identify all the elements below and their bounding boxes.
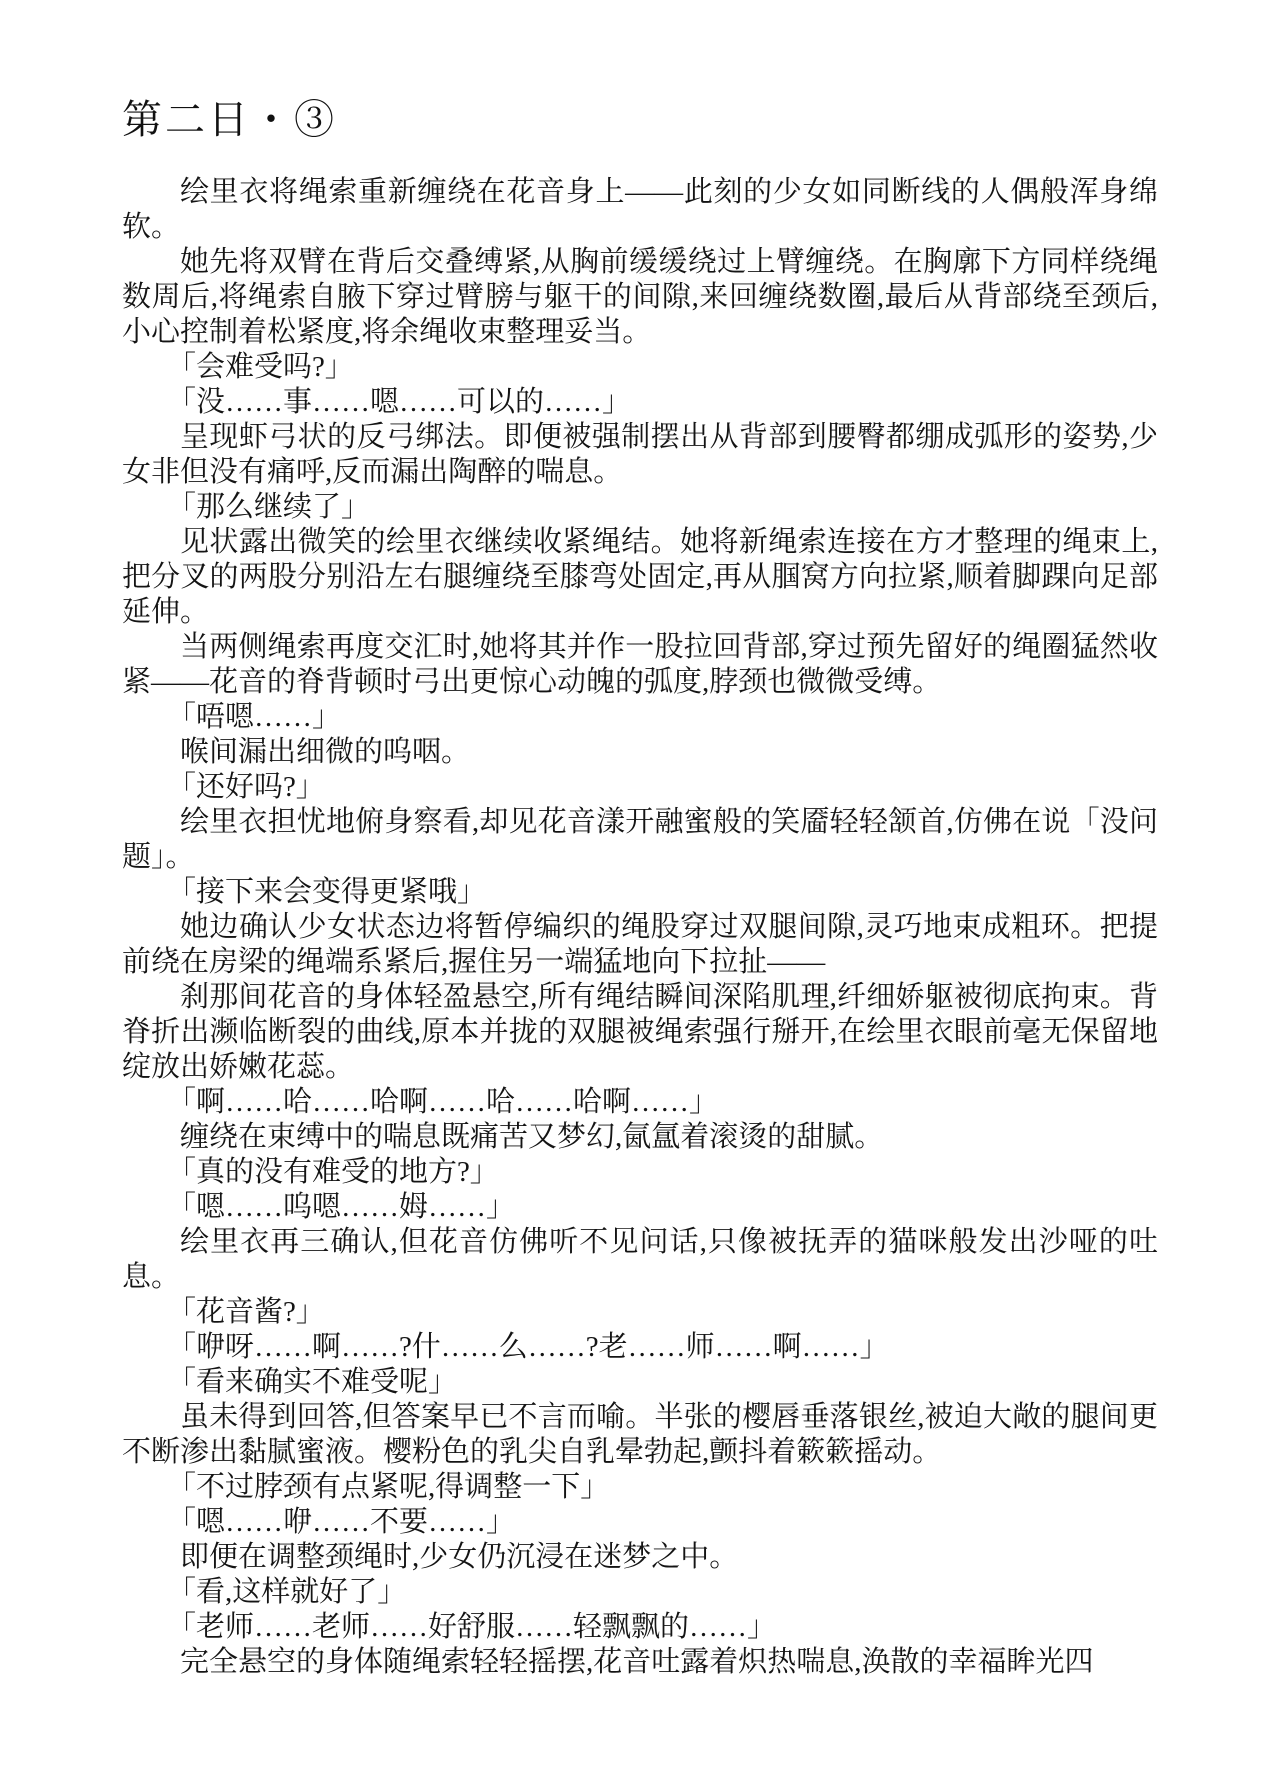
paragraph: 「唔嗯……」 bbox=[122, 700, 1158, 735]
paragraph: 呈现虾弓状的反弓绑法。即便被强制摆出从背部到腰臀都绷成弧形的姿势,少女非但没有痛… bbox=[122, 420, 1158, 490]
paragraph: 喉间漏出细微的呜咽。 bbox=[122, 735, 1158, 770]
paragraph: 「真的没有难受的地方?」 bbox=[122, 1155, 1158, 1190]
paragraph: 绘里衣担忧地俯身察看,却见花音漾开融蜜般的笑靥轻轻颔首,仿佛在说「没问题」。 bbox=[122, 805, 1158, 875]
paragraph: 绘里衣将绳索重新缠绕在花音身上——此刻的少女如同断线的人偶般浑身绵软。 bbox=[122, 175, 1158, 245]
paragraph: 「花音酱?」 bbox=[122, 1295, 1158, 1330]
paragraph: 「接下来会变得更紧哦」 bbox=[122, 875, 1158, 910]
paragraph: 「啊……哈……哈啊……哈……哈啊……」 bbox=[122, 1085, 1158, 1120]
paragraph: 绘里衣再三确认,但花音仿佛听不见问话,只像被抚弄的猫咪般发出沙哑的吐息。 bbox=[122, 1225, 1158, 1295]
paragraph: 刹那间花音的身体轻盈悬空,所有绳结瞬间深陷肌理,纤细娇躯被彻底拘束。背脊折出濒临… bbox=[122, 980, 1158, 1085]
paragraph: 见状露出微笑的绘里衣继续收紧绳结。她将新绳索连接在方才整理的绳束上,把分叉的两股… bbox=[122, 525, 1158, 630]
paragraph: 「还好吗?」 bbox=[122, 770, 1158, 805]
paragraph: 即便在调整颈绳时,少女仍沉浸在迷梦之中。 bbox=[122, 1540, 1158, 1575]
paragraph: 当两侧绳索再度交汇时,她将其并作一股拉回背部,穿过预先留好的绳圈猛然收紧——花音… bbox=[122, 630, 1158, 700]
paragraph: 「会难受吗?」 bbox=[122, 350, 1158, 385]
paragraph: 虽未得到回答,但答案早已不言而喻。半张的樱唇垂落银丝,被迫大敞的腿间更不断渗出黏… bbox=[122, 1400, 1158, 1470]
paragraph: 缠绕在束缚中的喘息既痛苦又梦幻,氤氲着滚烫的甜腻。 bbox=[122, 1120, 1158, 1155]
paragraph: 「看来确实不难受呢」 bbox=[122, 1365, 1158, 1400]
paragraph: 完全悬空的身体随绳索轻轻摇摆,花音吐露着炽热喘息,涣散的幸福眸光四 bbox=[122, 1645, 1158, 1680]
paragraph: 「老师……老师……好舒服……轻飘飘的……」 bbox=[122, 1610, 1158, 1645]
novel-page: 第二日・③ 绘里衣将绳索重新缠绕在花音身上——此刻的少女如同断线的人偶般浑身绵软… bbox=[0, 0, 1280, 1790]
paragraph: 她边确认少女状态边将暂停编织的绳股穿过双腿间隙,灵巧地束成粗环。把提前绕在房梁的… bbox=[122, 910, 1158, 980]
body-text: 绘里衣将绳索重新缠绕在花音身上——此刻的少女如同断线的人偶般浑身绵软。她先将双臂… bbox=[122, 175, 1158, 1680]
paragraph: 「不过脖颈有点紧呢,得调整一下」 bbox=[122, 1470, 1158, 1505]
chapter-title: 第二日・③ bbox=[122, 88, 1158, 145]
paragraph: 「没……事……嗯……可以的……」 bbox=[122, 385, 1158, 420]
paragraph: 「嗯……呜嗯……姆……」 bbox=[122, 1190, 1158, 1225]
paragraph: 「嗯……咿……不要……」 bbox=[122, 1505, 1158, 1540]
paragraph: 「那么继续了」 bbox=[122, 490, 1158, 525]
paragraph: 「咿呀……啊……?什……么……?老……师……啊……」 bbox=[122, 1330, 1158, 1365]
paragraph: 她先将双臂在背后交叠缚紧,从胸前缓缓绕过上臂缠绕。在胸廓下方同样绕绳数周后,将绳… bbox=[122, 245, 1158, 350]
paragraph: 「看,这样就好了」 bbox=[122, 1575, 1158, 1610]
